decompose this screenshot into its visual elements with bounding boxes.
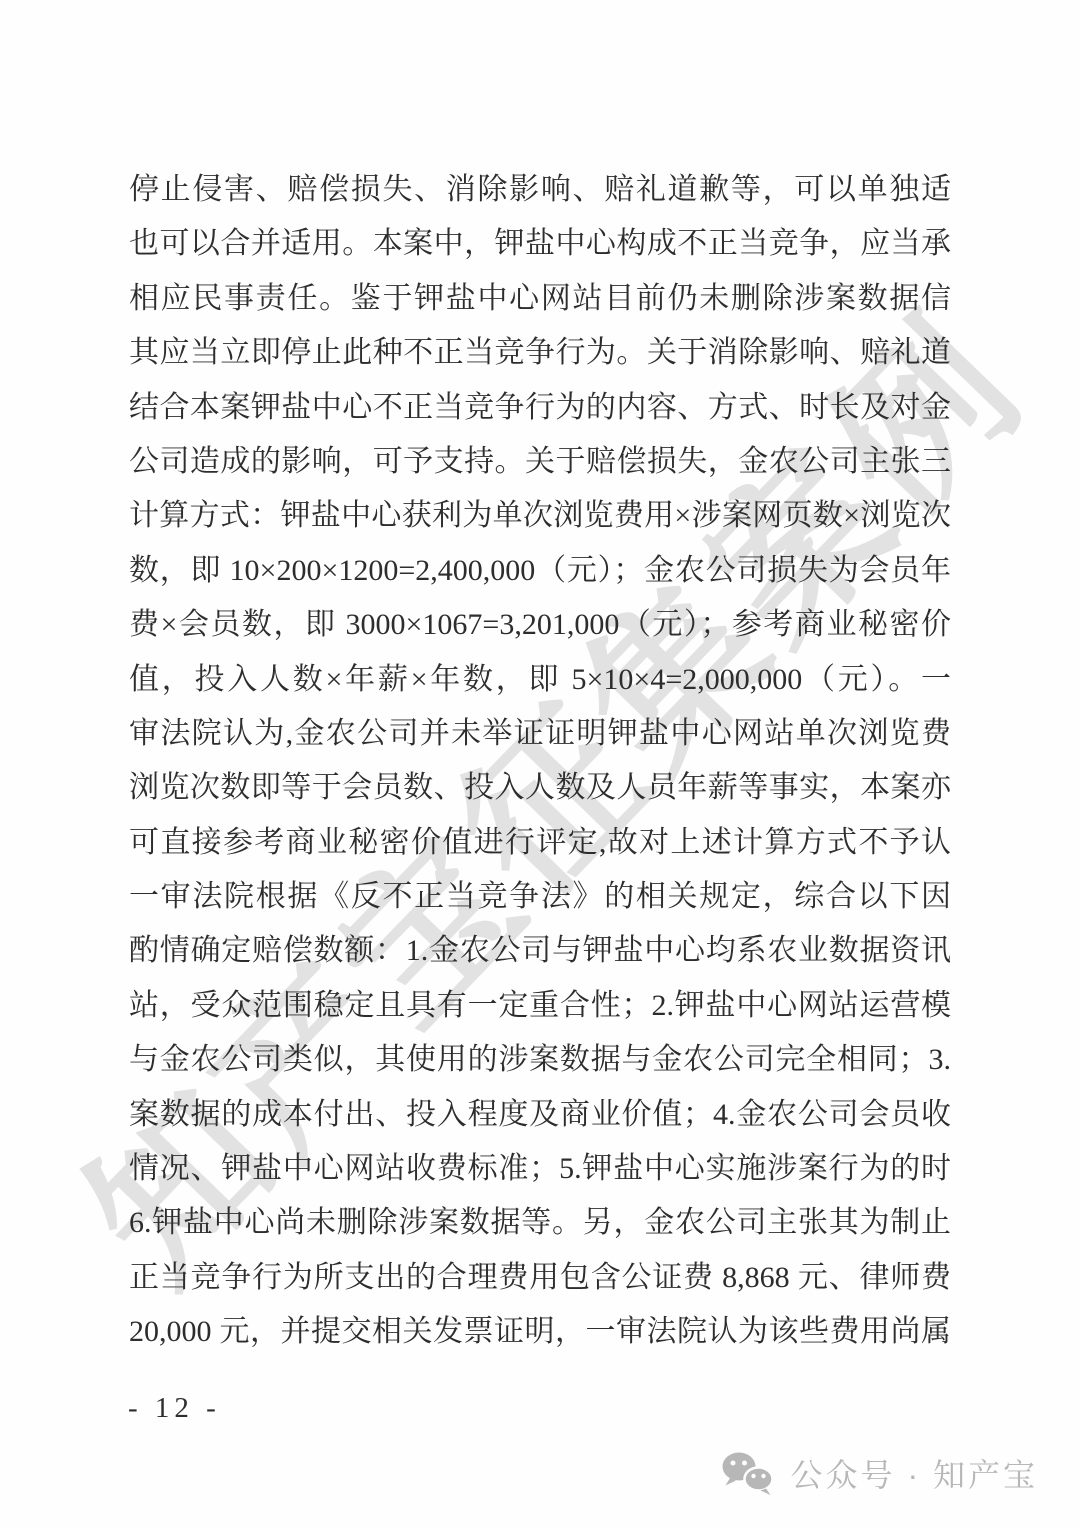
text-line: 其应当立即停止此种不正当竞争行为。关于消除影响、赔礼道歉， xyxy=(129,326,951,380)
text-line: 浏览次数即等于会员数、投入人数及人员年薪等事实，本案亦不 xyxy=(129,761,951,815)
judgment-text-block: 停止侵害、赔偿损失、消除影响、赔礼道歉等，可以单独适用， 也可以合并适用。本案中… xyxy=(129,163,951,1360)
text-line: 可直接参考商业秘密价值进行评定,故对上述计算方式不予认可。 xyxy=(129,816,951,870)
text-line: 费×会员数，即 3000×1067=3,201,000（元）；参考商业秘密价 xyxy=(129,598,951,652)
wechat-icon xyxy=(719,1450,777,1496)
footer-label: 公众号 · 知产宝 xyxy=(791,1450,1038,1496)
text-line: 案数据的成本付出、投入程度及商业价值；4.金农公司会员收费 xyxy=(129,1088,951,1142)
text-line: 20,000 元，并提交相关发票证明，一审法院认为该些费用尚属合 xyxy=(129,1305,951,1359)
text-line: 审法院认为,金农公司并未举证证明钾盐中心网站单次浏览费用、 xyxy=(129,707,951,761)
document-page: 知产宝征集案例 停止侵害、赔偿损失、消除影响、赔礼道歉等，可以单独适用， 也可以… xyxy=(0,0,1080,1527)
page-number: - 12 - xyxy=(128,1392,221,1425)
text-line: 酌情确定赔偿数额：1.金农公司与钾盐中心均系农业数据资讯网 xyxy=(129,924,951,978)
text-line: 一审法院根据《反不正当竞争法》的相关规定，综合以下因素， xyxy=(129,870,951,924)
text-line: 值，投入人数×年薪×年数，即 5×10×4=2,000,000（元）。一 xyxy=(129,653,951,707)
text-line: 情况、钾盐中心网站收费标准；5.钾盐中心实施涉案行为的时长； xyxy=(129,1142,951,1196)
text-line: 与金农公司类似，其使用的涉案数据与金农公司完全相同；3.涉 xyxy=(129,1033,951,1087)
text-line: 也可以合并适用。本案中，钾盐中心构成不正当竞争，应当承担 xyxy=(129,217,951,271)
text-line: 站，受众范围稳定且具有一定重合性；2.钾盐中心网站运营模式 xyxy=(129,979,951,1033)
text-line: 停止侵害、赔偿损失、消除影响、赔礼道歉等，可以单独适用， xyxy=(129,163,951,217)
text-line: 公司造成的影响，可予支持。关于赔偿损失，金农公司主张三种 xyxy=(129,435,951,489)
text-line: 6.钾盐中心尚未删除涉案数据等。另，金农公司主张其为制止不 xyxy=(129,1196,951,1250)
text-line: 结合本案钾盐中心不正当竞争行为的内容、方式、时长及对金农 xyxy=(129,381,951,435)
text-line: 数，即 10×200×1200=2,400,000（元）；金农公司损失为会员年 xyxy=(129,544,951,598)
text-line: 正当竞争行为所支出的合理费用包含公证费 8,868 元、律师费 xyxy=(129,1251,951,1305)
text-line: 计算方式：钾盐中心获利为单次浏览费用×涉案网页数×浏览次 xyxy=(129,489,951,543)
text-line: 相应民事责任。鉴于钾盐中心网站目前仍未删除涉案数据信息， xyxy=(129,272,951,326)
footer: 公众号 · 知产宝 xyxy=(719,1450,1038,1496)
